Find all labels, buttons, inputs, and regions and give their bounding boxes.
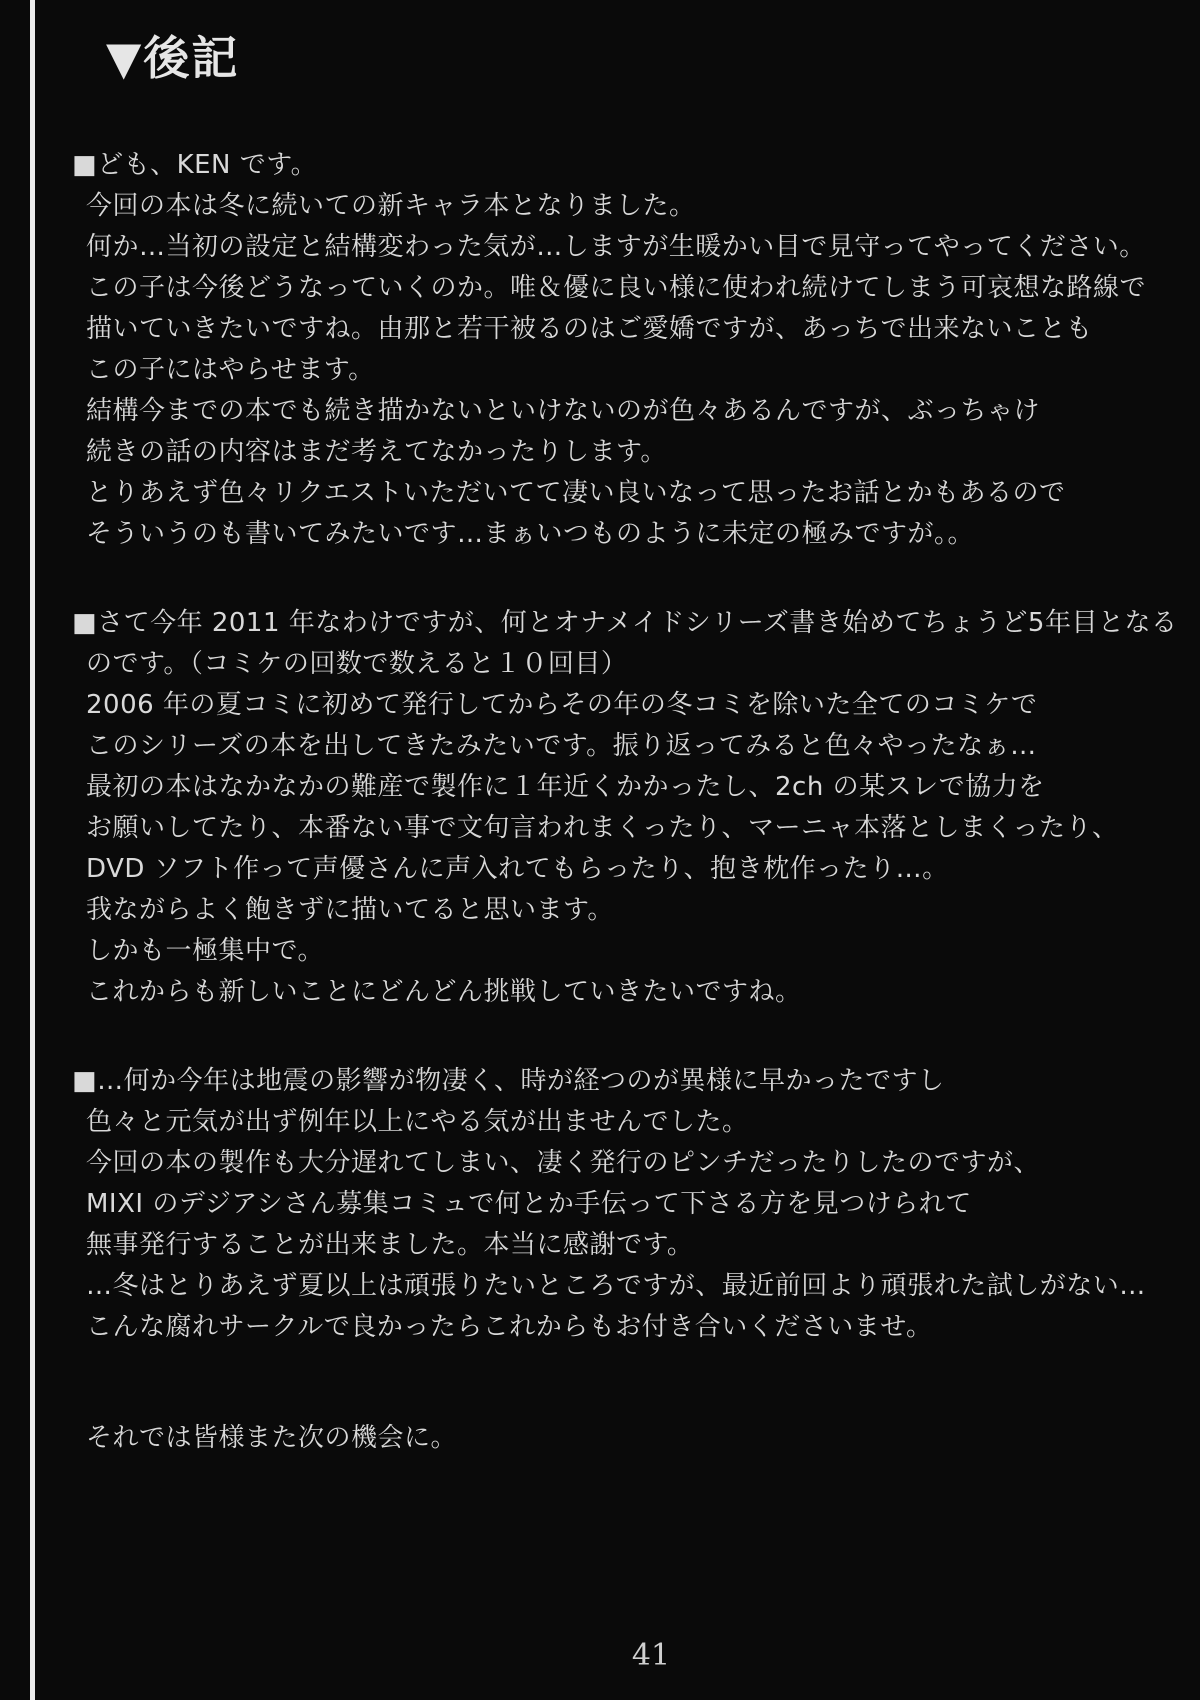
text-line: …冬はとりあえず夏以上は頑張りたいところですが、最近前回より頑張れた試しがない… <box>86 1266 1142 1307</box>
text-line: 2006 年の夏コミに初めて発行してからその年の冬コミを除いた全てのコミケで <box>86 685 1142 726</box>
text-line: これからも新しいことにどんどん挑戦していきたいですね。 <box>86 972 1142 1013</box>
text-line: 描いていきたいですね。由那と若干被るのはご愛嬌ですが、あっちで出来ないことも <box>86 309 1142 350</box>
closing-paragraph: それでは皆様また次の機会に。 <box>72 1418 1142 1459</box>
text-line: そういうのも書いてみたいです…まぁいつものように未定の極みですが。。 <box>86 514 1142 555</box>
text-line: 最初の本はなかなかの難産で製作に１年近くかかったし、2ch の某スレで協力を <box>86 767 1142 808</box>
text-line: 我ながらよく飽きずに描いてると思います。 <box>86 890 1142 931</box>
text-line: この子にはやらせます。 <box>86 350 1142 391</box>
text-line: 今回の本の製作も大分遅れてしまい、凄く発行のピンチだったりしたのですが、 <box>86 1143 1142 1184</box>
text-line: 無事発行することが出来ました。本当に感謝です。 <box>86 1225 1142 1266</box>
text-line: 続きの話の内容はまだ考えてなかったりします。 <box>86 432 1142 473</box>
paragraph: ■さて今年 2011 年なわけですが、何とオナメイドシリーズ書き始めてちょうど5… <box>72 603 1142 1013</box>
text-line: DVD ソフト作って声優さんに声入れてもらったり、抱き枕作ったり…。 <box>86 849 1142 890</box>
text-line: ■ども、KEN です。 <box>72 145 1142 186</box>
page-number: 41 <box>586 1638 716 1673</box>
text-line: 今回の本は冬に続いての新キャラ本となりました。 <box>86 186 1142 227</box>
page-title: ▼後記 <box>106 22 239 88</box>
text-line: この子は今後どうなっていくのか。唯＆優に良い様に使われ続けてしまう可哀想な路線で <box>86 268 1142 309</box>
text-line: お願いしてたり、本番ない事で文句言われまくったり、マーニャ本落としまくったり、 <box>86 808 1142 849</box>
text-line: それでは皆様また次の機会に。 <box>86 1418 1142 1459</box>
text-line: ■さて今年 2011 年なわけですが、何とオナメイドシリーズ書き始めてちょうど5… <box>72 603 1142 644</box>
text-line: MIXI のデジアシさん募集コミュで何とか手伝って下さる方を見つけられて <box>86 1184 1142 1225</box>
paragraph: ■ども、KEN です。今回の本は冬に続いての新キャラ本となりました。何か…当初の… <box>72 145 1142 555</box>
text-line: しかも一極集中で。 <box>86 931 1142 972</box>
afterword-page: ▼後記 ■ども、KEN です。今回の本は冬に続いての新キャラ本となりました。何か… <box>0 0 1200 1700</box>
afterword-body: ■ども、KEN です。今回の本は冬に続いての新キャラ本となりました。何か…当初の… <box>72 145 1142 1459</box>
text-line: このシリーズの本を出してきたみたいです。振り返ってみると色々やったなぁ… <box>86 726 1142 767</box>
text-line: 色々と元気が出ず例年以上にやる気が出ませんでした。 <box>86 1102 1142 1143</box>
paragraph: ■…何か今年は地震の影響が物凄く、時が経つのが異様に早かったですし色々と元気が出… <box>72 1061 1142 1348</box>
text-line: 結構今までの本でも続き描かないといけないのが色々あるんですが、ぶっちゃけ <box>86 391 1142 432</box>
text-line: こんな腐れサークルで良かったらこれからもお付き合いくださいませ。 <box>86 1307 1142 1348</box>
text-line: ■…何か今年は地震の影響が物凄く、時が経つのが異様に早かったですし <box>72 1061 1142 1102</box>
text-line: のです。（コミケの回数で数えると１０回目） <box>86 644 1142 685</box>
text-line: とりあえず色々リクエストいただいてて凄い良いなって思ったお話とかもあるので <box>86 473 1142 514</box>
text-line: 何か…当初の設定と結構変わった気が…しますが生暖かい目で見守ってやってください。 <box>86 227 1142 268</box>
scan-edge-line <box>30 0 35 1700</box>
